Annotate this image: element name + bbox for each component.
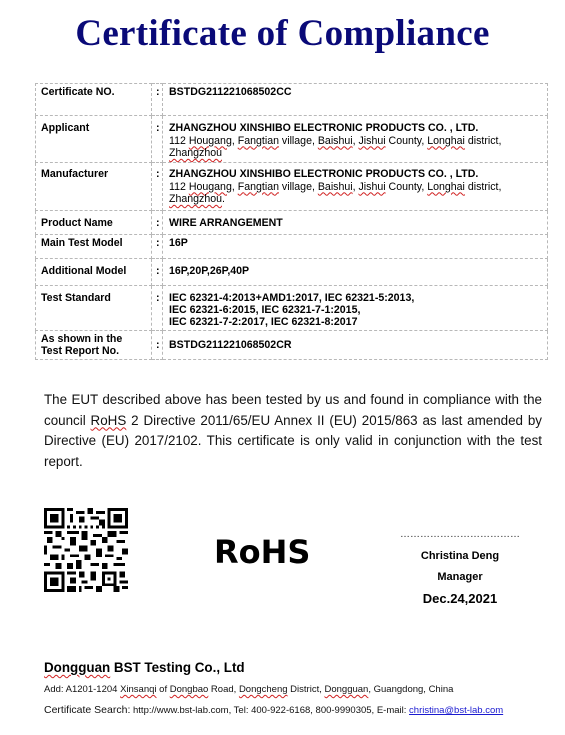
- rohs-logo: RoHS: [214, 533, 310, 571]
- label-certificate-no: Certificate NO.: [36, 84, 152, 116]
- qr-code-icon[interactable]: [44, 508, 128, 592]
- value-test-standard: IEC 62321-4:2013+AMD1:2017, IEC 62321-5:…: [163, 286, 548, 331]
- signatory-role: Manager: [400, 571, 520, 583]
- contact-details: http://www.bst-lab.com, Tel: 400-922-616…: [130, 705, 409, 716]
- row-manufacturer: Manufacturer : ZHANGZHOU XINSHIBO ELECTR…: [36, 163, 548, 211]
- value-main-test-model: 16P: [163, 235, 548, 259]
- value-applicant: ZHANGZHOU XINSHIBO ELECTRONIC PRODUCTS C…: [163, 116, 548, 163]
- certificate-search-line: Certificate Search: http://www.bst-lab.c…: [44, 704, 503, 716]
- applicant-address: 112 Hougang, Fangtian village, Baishui, …: [169, 135, 543, 160]
- signatory-name: Christina Deng: [400, 550, 520, 562]
- certificate-details-table: Certificate NO. : BSTDG211221068502CC Ap…: [35, 83, 548, 360]
- issuer-company: Dongguan BST Testing Co., Ltd: [44, 660, 245, 675]
- separator: :: [152, 286, 163, 331]
- label-test-report-no: As shown in the Test Report No.: [36, 331, 152, 360]
- separator: :: [152, 211, 163, 235]
- test-standard-line-1: IEC 62321-4:2013+AMD1:2017, IEC 62321-5:…: [169, 292, 543, 304]
- row-product-name: Product Name : WIRE ARRANGEMENT: [36, 211, 548, 235]
- signature-block: ……………………………… Christina Deng Manager Dec.…: [400, 530, 520, 606]
- label-manufacturer: Manufacturer: [36, 163, 152, 211]
- label-additional-model: Additional Model: [36, 259, 152, 286]
- separator: :: [152, 235, 163, 259]
- separator: :: [152, 163, 163, 211]
- separator: :: [152, 331, 163, 360]
- value-test-report-no: BSTDG211221068502CR: [163, 331, 548, 360]
- label-test-report-line-2: Test Report No.: [41, 345, 147, 357]
- label-test-report-line-1: As shown in the: [41, 333, 147, 345]
- label-main-test-model: Main Test Model: [36, 235, 152, 259]
- row-applicant: Applicant : ZHANGZHOU XINSHIBO ELECTRONI…: [36, 116, 548, 163]
- email-link[interactable]: christina@bst-lab.com: [409, 705, 503, 716]
- test-standard-line-3: IEC 62321-7-2:2017, IEC 62321-8:2017: [169, 316, 543, 328]
- row-additional-model: Additional Model : 16P,20P,26P,40P: [36, 259, 548, 286]
- value-product-name: WIRE ARRANGEMENT: [163, 211, 548, 235]
- issuer-address: Add: A1201-1204 Xinsanqi of Dongbao Road…: [44, 684, 453, 695]
- value-manufacturer: ZHANGZHOU XINSHIBO ELECTRONIC PRODUCTS C…: [163, 163, 548, 211]
- search-label: Certificate Search:: [44, 704, 130, 716]
- signature-line: ………………………………: [400, 530, 520, 540]
- label-product-name: Product Name: [36, 211, 152, 235]
- certificate-title: Certificate of Compliance: [0, 12, 565, 55]
- separator: :: [152, 259, 163, 286]
- separator: :: [152, 116, 163, 163]
- compliance-statement: The EUT described above has been tested …: [44, 390, 542, 472]
- row-test-standard: Test Standard : IEC 62321-4:2013+AMD1:20…: [36, 286, 548, 331]
- row-main-test-model: Main Test Model : 16P: [36, 235, 548, 259]
- label-test-standard: Test Standard: [36, 286, 152, 331]
- issue-date: Dec.24,2021: [400, 591, 520, 606]
- manufacturer-address: 112 Hougang, Fangtian village, Baishui, …: [169, 181, 543, 206]
- value-additional-model: 16P,20P,26P,40P: [163, 259, 548, 286]
- value-certificate-no: BSTDG211221068502CC: [163, 84, 548, 116]
- row-certificate-no: Certificate NO. : BSTDG211221068502CC: [36, 84, 548, 116]
- separator: :: [152, 84, 163, 116]
- manufacturer-name: ZHANGZHOU XINSHIBO ELECTRONIC PRODUCTS C…: [169, 168, 478, 180]
- test-standard-line-2: IEC 62321-6:2015, IEC 62321-7-1:2015,: [169, 304, 543, 316]
- applicant-name: ZHANGZHOU XINSHIBO ELECTRONIC PRODUCTS C…: [169, 122, 478, 134]
- row-test-report-no: As shown in the Test Report No. : BSTDG2…: [36, 331, 548, 360]
- label-applicant: Applicant: [36, 116, 152, 163]
